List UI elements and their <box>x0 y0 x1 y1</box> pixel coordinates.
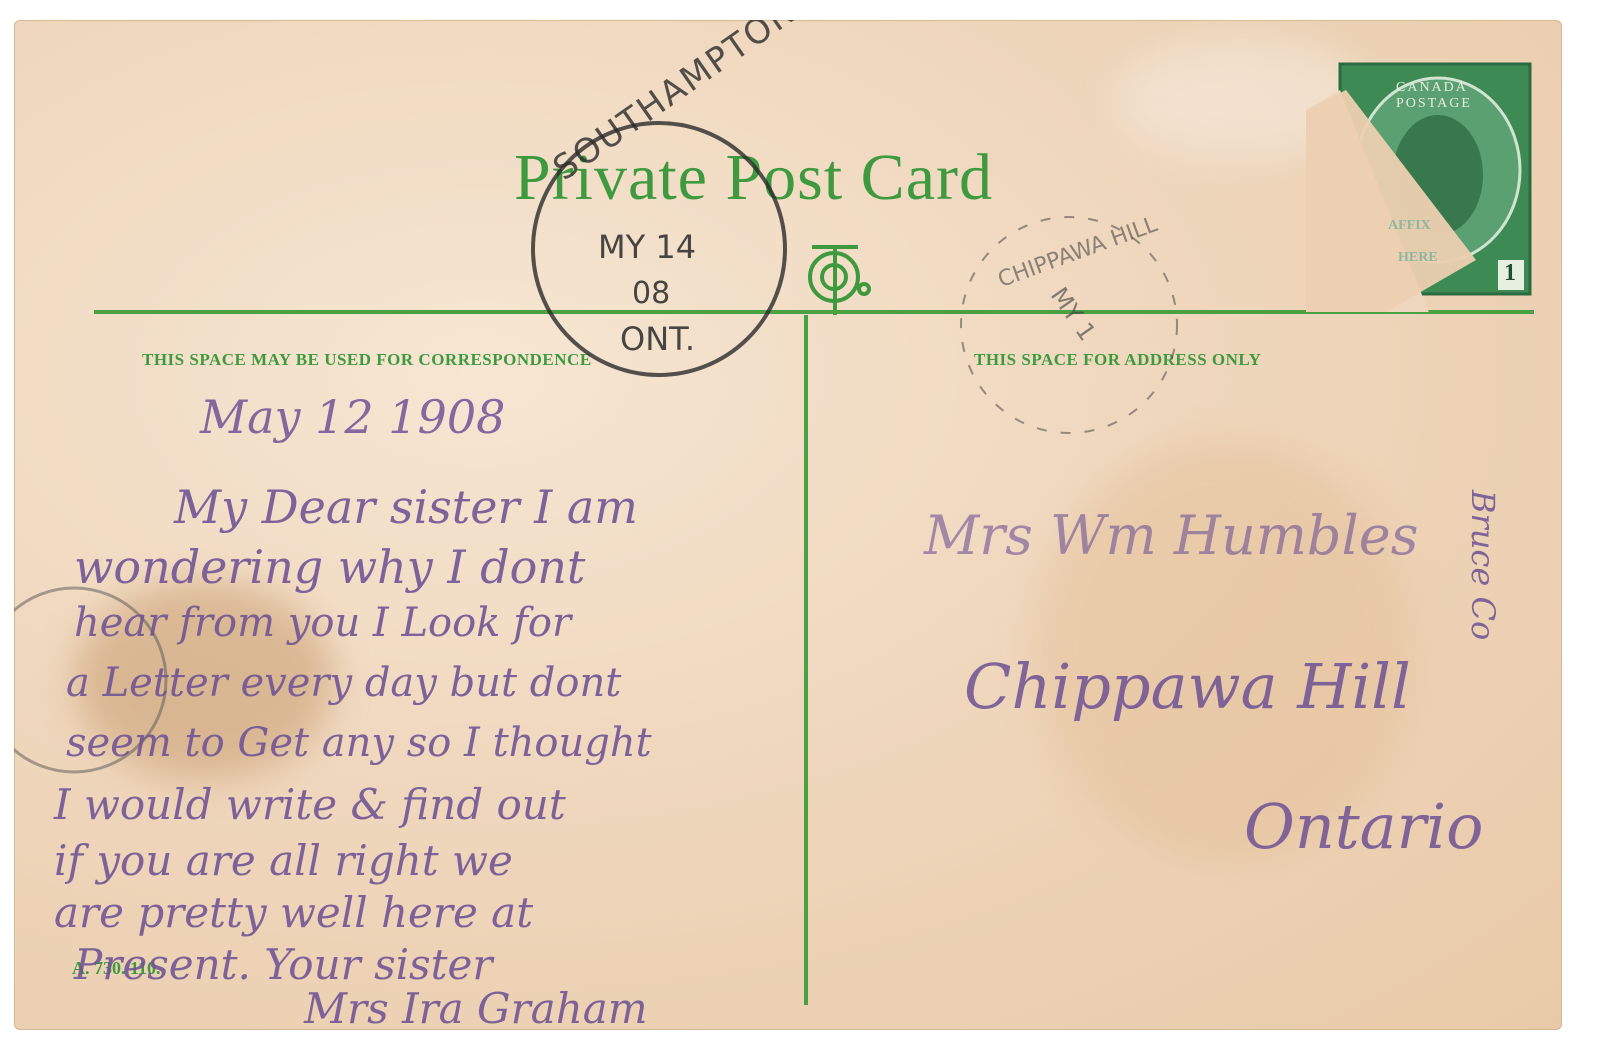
message-line: hear from you I Look for <box>74 600 571 646</box>
postcard-back: Private Post Card THIS SPACE MAY BE USED… <box>14 20 1562 1030</box>
divider-vertical <box>804 315 808 1005</box>
postmark-province: ONT. <box>620 320 695 358</box>
stamp-text: CANADA POSTAGE <box>1396 80 1534 112</box>
postmark-year: 08 <box>632 276 670 311</box>
correspondence-label: THIS SPACE MAY BE USED FOR CORRESPONDENC… <box>142 350 592 370</box>
stamp-overlay-here: HERE <box>1398 250 1438 266</box>
address-line-4: Ontario <box>1244 790 1483 863</box>
postmark-chippawa-hill: CHIPPAWA HILL MY 1 <box>954 210 1184 440</box>
message-line: I would write & find out <box>54 780 566 829</box>
message-line: if you are all right we <box>54 836 513 885</box>
message-signature: Mrs Ira Graham <box>304 984 648 1030</box>
address-line-3: Bruce Co <box>1464 490 1502 640</box>
message-line: My Dear sister I am <box>174 480 638 534</box>
postage-stamp: CANADA POSTAGE 1 AFFIX HERE <box>1306 50 1534 312</box>
message-line: are pretty well here at <box>54 888 533 937</box>
message-line: a Letter every day but dont <box>66 660 621 706</box>
address-name: Mrs Wm Humbles <box>924 504 1418 567</box>
message-line: wondering why I dont <box>74 540 585 594</box>
address-line-2: Chippawa Hill <box>964 650 1411 723</box>
message-line: seem to Get any so I thought <box>66 720 652 766</box>
postmark-southampton: SOUTHAMPTON MY 14 08 ONT. <box>526 116 792 382</box>
postmark-date: MY 14 <box>598 228 696 266</box>
message-date: May 12 1908 <box>200 390 505 444</box>
publisher-monogram-icon <box>802 233 872 319</box>
stamp-denomination: 1 <box>1504 260 1516 287</box>
message-line: Present. Your sister <box>74 940 492 989</box>
stamp-overlay-affix: AFFIX <box>1388 218 1431 234</box>
